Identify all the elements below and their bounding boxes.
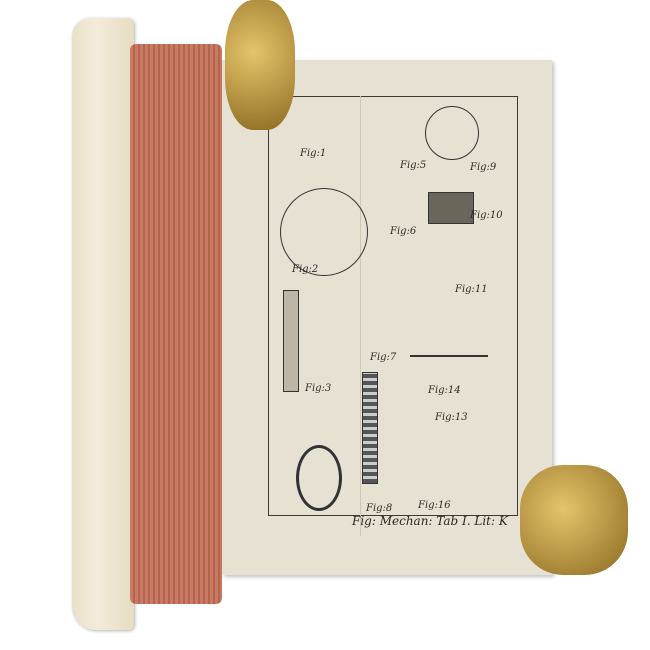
brass-clip-top bbox=[225, 0, 295, 130]
fig-label-13: Fig:13 bbox=[435, 412, 468, 423]
fig-label-11: Fig:11 bbox=[455, 284, 488, 295]
fig-label-10: Fig:10 bbox=[470, 210, 503, 221]
plate-caption: Fig: Mechan: Tab I. Lit: K bbox=[352, 514, 508, 528]
block-fig12 bbox=[428, 192, 474, 224]
pillar-fig3 bbox=[283, 290, 299, 392]
page-edges bbox=[130, 44, 222, 604]
fold-line bbox=[360, 96, 361, 536]
fig-label-3: Fig:3 bbox=[305, 383, 331, 394]
brass-clip-right bbox=[520, 465, 628, 575]
fig-label-1: Fig:1 bbox=[300, 148, 326, 159]
screw-fig8 bbox=[362, 372, 378, 484]
fig-label-14: Fig:14 bbox=[428, 385, 461, 396]
book-cover bbox=[72, 18, 134, 630]
fig-label-5: Fig:5 bbox=[400, 160, 426, 171]
circle-fig9 bbox=[425, 106, 479, 160]
fig-label-8: Fig:8 bbox=[366, 503, 392, 514]
fig-label-16: Fig:16 bbox=[418, 500, 451, 511]
fig-label-9: Fig:9 bbox=[470, 162, 496, 173]
wheel-fig4 bbox=[296, 445, 342, 511]
fig-label-7: Fig:7 bbox=[370, 352, 396, 363]
scale-beam-fig14 bbox=[410, 355, 488, 357]
fig-label-6: Fig:6 bbox=[390, 226, 416, 237]
fig-label-2: Fig:2 bbox=[292, 264, 318, 275]
circle-fig2 bbox=[280, 188, 368, 276]
